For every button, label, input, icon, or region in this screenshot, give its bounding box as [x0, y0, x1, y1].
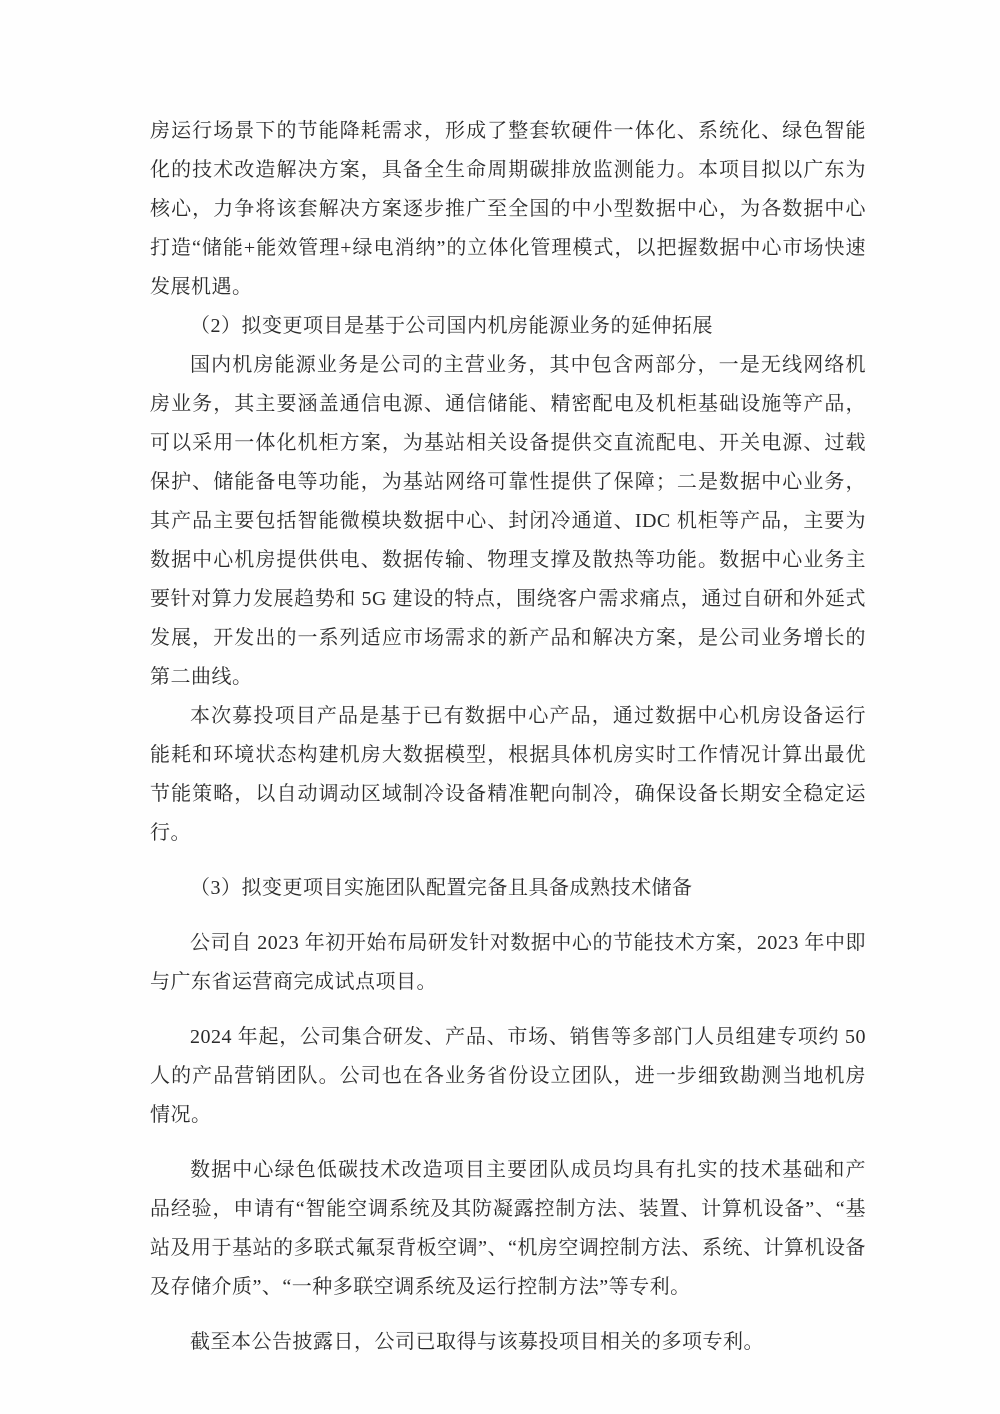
section-heading-3: （3）拟变更项目实施团队配置完备且具备成熟技术储备: [150, 869, 866, 908]
paragraph-fundraising-product: 本次募投项目产品是基于已有数据中心产品，通过数据中心机房设备运行能耗和环境状态构…: [150, 697, 866, 853]
document-page: 房运行场景下的节能降耗需求，形成了整套软硬件一体化、系统化、绿色智能化的技术改造…: [0, 0, 1000, 1414]
paragraph-domestic-business: 国内机房能源业务是公司的主营业务，其中包含两部分，一是无线网络机房业务，其主要涵…: [150, 346, 866, 697]
paragraph-rd-2023: 公司自 2023 年初开始布局研发针对数据中心的节能技术方案，2023 年中即与…: [150, 924, 866, 1002]
section-heading-2: （2）拟变更项目是基于公司国内机房能源业务的延伸拓展: [150, 307, 866, 346]
paragraph-team-2024: 2024 年起，公司集合研发、产品、市场、销售等多部门人员组建专项约 50 人的…: [150, 1018, 866, 1135]
document-body: 房运行场景下的节能降耗需求，形成了整套软硬件一体化、系统化、绿色智能化的技术改造…: [150, 112, 866, 1362]
paragraph-disclosure: 截至本公告披露日，公司已取得与该募投项目相关的多项专利。: [150, 1323, 866, 1362]
paragraph-patents: 数据中心绿色低碳技术改造项目主要团队成员均具有扎实的技术基础和产品经验，申请有“…: [150, 1151, 866, 1307]
paragraph-continuation: 房运行场景下的节能降耗需求，形成了整套软硬件一体化、系统化、绿色智能化的技术改造…: [150, 112, 866, 307]
